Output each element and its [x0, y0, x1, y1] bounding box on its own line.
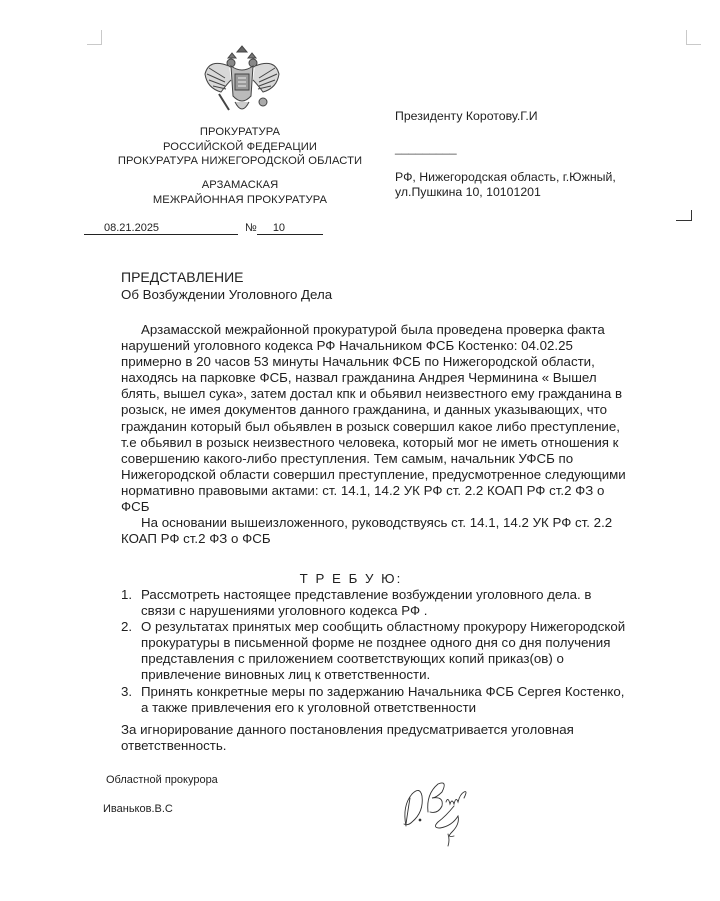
demand-line: представления с приложением соответствую…	[141, 651, 696, 667]
office-line: МЕЖРАЙОННАЯ ПРОКУРАТУРА	[90, 193, 390, 208]
org-line: ПРОКУРАТУРА НИЖЕГОРОДСКОЙ ОБЛАСТИ	[90, 154, 390, 169]
body-line: примерно в 20 часов 53 минуты Начальник …	[121, 354, 691, 370]
demand-item: 1. Рассмотреть настоящее представление в…	[121, 587, 696, 619]
body-line: т.е обьявил в розыск неизвестного челове…	[121, 435, 691, 451]
prosecutor-office-header: ПРОКУРАТУРА РОССИЙСКОЙ ФЕДЕРАЦИИ ПРОКУРА…	[90, 125, 390, 169]
body-line: На основании вышеизложенного, руководств…	[121, 515, 691, 531]
demand-line: привлечение виновных лиц к ответственнос…	[141, 667, 696, 683]
demand-item: 2. О результатах принятых мер сообщить о…	[121, 619, 696, 683]
body-line: нарушений уголовного кодекса РФ Начальни…	[121, 338, 691, 354]
demand-heading: Т Р Е Б У Ю:	[121, 571, 581, 587]
document-subtitle: Об Возбуждении Уголовного Дела	[121, 287, 332, 303]
liability-warning: За игнорирование данного постановления п…	[121, 722, 691, 754]
body-line: КОАП РФ ст.2 ФЗ о ФСБ	[121, 531, 691, 547]
address-line: РФ, Нижегородская область, г.Южный,	[395, 170, 616, 185]
body-line: блять, вышел сука», затем достал кпк и о…	[121, 386, 691, 402]
document-title: ПРЕДСТАВЛЕНИЕ	[121, 269, 244, 285]
org-line: РОССИЙСКОЙ ФЕДЕРАЦИИ	[90, 140, 390, 155]
number-label: №	[245, 222, 257, 234]
body-line: гражданин который был обьявлен в розыск …	[121, 419, 691, 435]
demand-number: 1.	[121, 587, 132, 603]
number-line: №10	[245, 222, 323, 235]
warning-line: ответственность.	[121, 738, 691, 754]
demand-line: а также привлечения его к уголовной отве…	[141, 700, 696, 716]
demand-number: 3.	[121, 684, 132, 700]
body-line: Нижегородской области совершил преступле…	[121, 467, 691, 483]
demand-line: прокуратуры в письменной форме не поздне…	[141, 635, 696, 651]
body-line: Арзамасской межрайонной прокуратурой был…	[121, 322, 691, 338]
address-line: ул.Пушкина 10, 10101201	[395, 185, 616, 200]
body-line: находясь на парковке ФСБ, назвал граждан…	[121, 370, 691, 386]
demand-line: Принять конкретные меры по задержанию На…	[141, 684, 696, 700]
demand-line: О результатах принятых мер сообщить обла…	[141, 619, 696, 635]
document-number: 10	[257, 222, 323, 235]
body-line: розыск, не имея документов данного гражд…	[121, 402, 691, 418]
signatory-name: Иваньков.В.С	[103, 803, 173, 815]
page-corner-mark-top-left	[87, 30, 102, 45]
page-corner-mark-top-right	[686, 30, 701, 45]
coat-of-arms-icon	[201, 44, 283, 120]
org-line: ПРОКУРАТУРА	[90, 125, 390, 140]
warning-line: За игнорирование данного постановления п…	[121, 722, 691, 738]
recipient-name: Президенту Коротову.Г.И	[395, 109, 538, 124]
document-date: 08.21.2025	[84, 222, 238, 235]
demand-line: связи с нарушениями уголовного кодекса Р…	[141, 603, 696, 619]
demand-list: 1. Рассмотреть настоящее представление в…	[121, 587, 696, 716]
date-line: 08.21.2025	[84, 222, 238, 235]
office-line: АРЗАМАСКАЯ	[90, 178, 390, 193]
body-paragraph-1: Арзамасской межрайонной прокуратурой был…	[121, 322, 691, 547]
signatory-role: Областной прокурора	[106, 774, 218, 786]
body-line: нормативно правовыми актами: ст. 14.1, 1…	[121, 483, 691, 499]
page-corner-mark-address	[676, 210, 692, 221]
demand-number: 2.	[121, 619, 132, 635]
demand-item: 3. Принять конкретные меры по задержанию…	[121, 684, 696, 716]
handwritten-signature-icon	[398, 776, 508, 851]
demand-line: Рассмотреть настоящее представление возб…	[141, 587, 696, 603]
recipient-blank-line: _________	[395, 141, 457, 156]
recipient-address: РФ, Нижегородская область, г.Южный, ул.П…	[395, 170, 616, 200]
body-line: совершению какого-либо преступления. Тем…	[121, 451, 691, 467]
body-line: ФСБ	[121, 499, 691, 515]
district-office-header: АРЗАМАСКАЯ МЕЖРАЙОННАЯ ПРОКУРАТУРА	[90, 178, 390, 207]
